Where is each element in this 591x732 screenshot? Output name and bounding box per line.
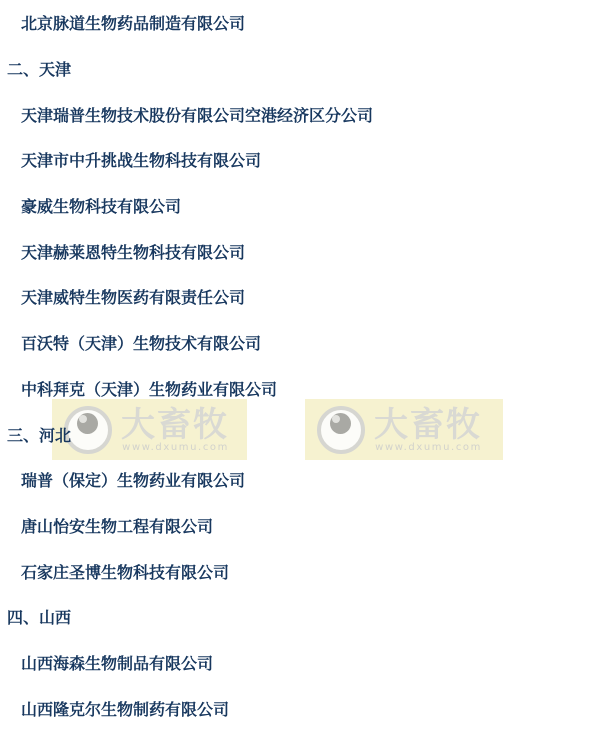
company-item: 百沃特（天津）生物技术有限公司 bbox=[0, 320, 591, 366]
section-heading: 四、山西 bbox=[0, 594, 591, 640]
company-list: 北京脉道生物药品制造有限公司 二、天津 天津瑞普生物技术股份有限公司空港经济区分… bbox=[0, 0, 591, 731]
company-item: 天津市中升挑战生物科技有限公司 bbox=[0, 137, 591, 183]
section-heading: 三、河北 bbox=[0, 411, 591, 457]
company-item: 豪威生物科技有限公司 bbox=[0, 183, 591, 229]
company-item: 北京脉道生物药品制造有限公司 bbox=[0, 0, 591, 46]
company-item: 中科拜克（天津）生物药业有限公司 bbox=[0, 366, 591, 412]
company-item: 天津赫莱恩特生物科技有限公司 bbox=[0, 228, 591, 274]
document-page: 大畜牧 www.dxumu.com 大畜牧 www.dxumu.com 北京脉道… bbox=[0, 0, 591, 732]
company-item: 天津瑞普生物技术股份有限公司空港经济区分公司 bbox=[0, 91, 591, 137]
company-item: 石家庄圣博生物科技有限公司 bbox=[0, 548, 591, 594]
company-item: 唐山怡安生物工程有限公司 bbox=[0, 503, 591, 549]
company-item: 瑞普（保定）生物药业有限公司 bbox=[0, 457, 591, 503]
company-item: 山西海森生物制品有限公司 bbox=[0, 640, 591, 686]
company-item: 天津威特生物医药有限责任公司 bbox=[0, 274, 591, 320]
company-item: 山西隆克尔生物制药有限公司 bbox=[0, 685, 591, 731]
section-heading: 二、天津 bbox=[0, 46, 591, 92]
